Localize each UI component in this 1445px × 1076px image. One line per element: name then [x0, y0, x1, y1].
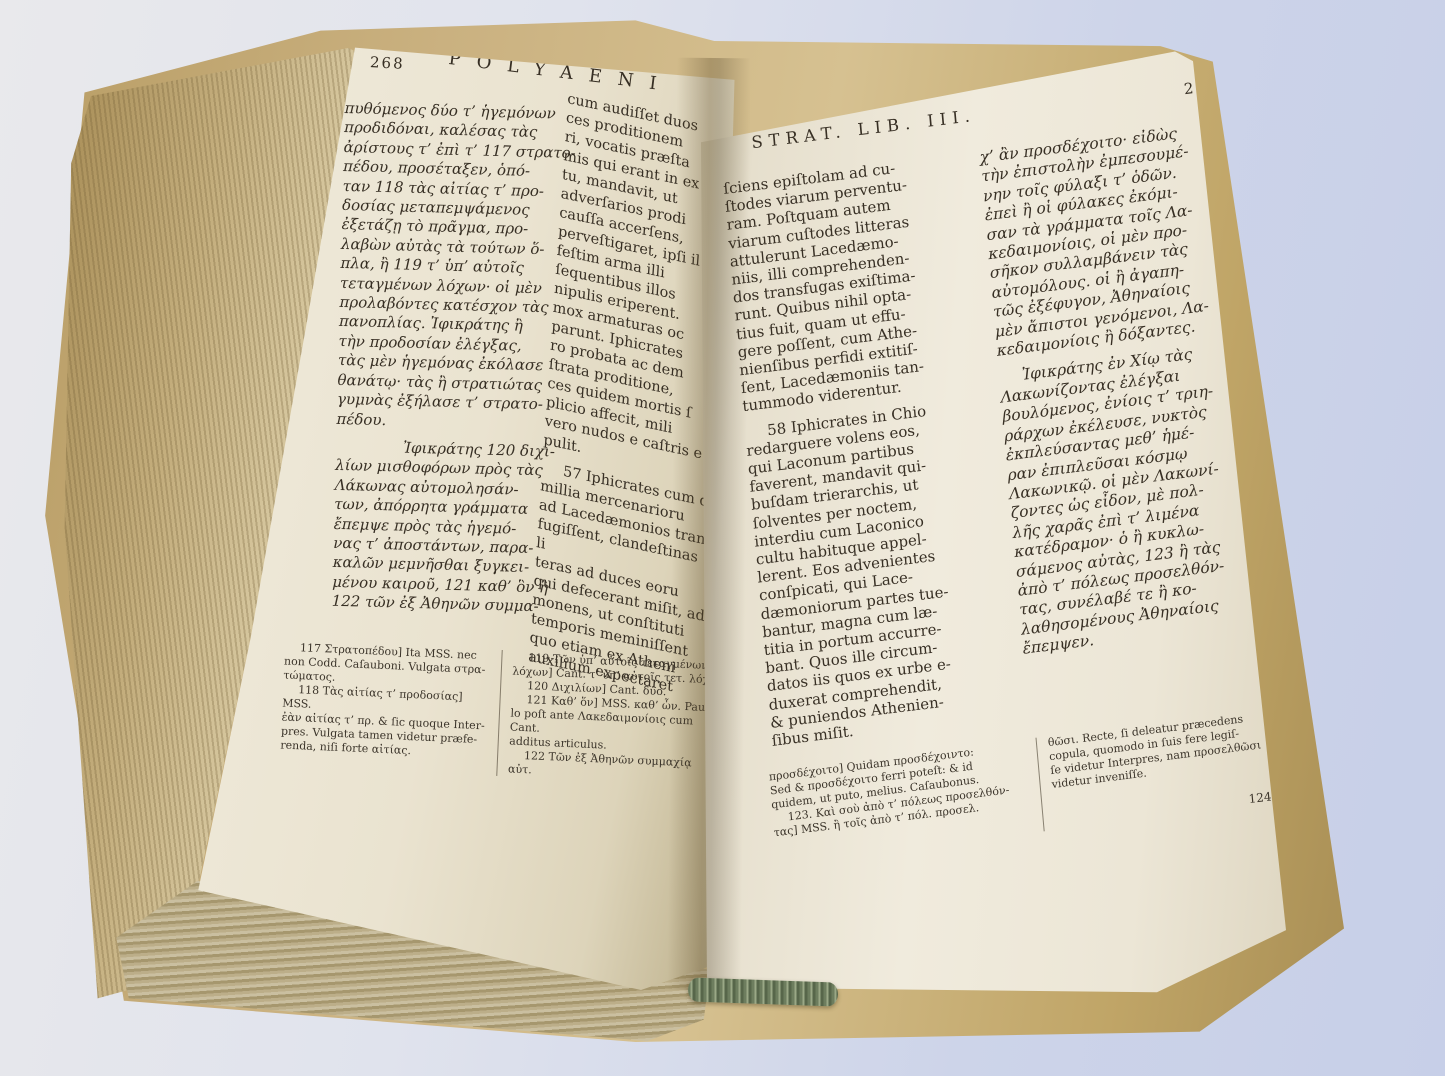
right-latin-column: ſciens epiſtolam ad cu- ſtodes viarum pe… — [723, 152, 1004, 758]
left-footnotes: 117 Στρατοπέδου] Ita MSS. nec non Codd. … — [279, 641, 720, 786]
right-page-columns: ſciens epiſtolam ad cu- ſtodes viarum pe… — [717, 114, 1295, 759]
footnote-column-divider — [1036, 738, 1045, 832]
page-catchword: 124 Πλα- — [1054, 786, 1295, 831]
footnote-column-divider — [496, 650, 502, 776]
footnote-column: προσδέχοιτο] Quidam προσδέχοιντο: Sed & … — [768, 739, 1032, 864]
latin-paragraph-58: 58 Iphicrates in Chio redarguere volens … — [744, 396, 1003, 751]
footnote-118: 118 Τὰς αἰτίας τ’ προδοσίας] MSS. ἐὰν αἰ… — [280, 683, 488, 762]
footnote-column: θῶσι. Recte, ſi deleatur præcedens copul… — [1047, 706, 1295, 830]
greek-paragraph: πυθόμενος δύο τ’ ἡγεμόνων προδιδόναι, κα… — [336, 99, 583, 435]
left-page-number: 268 — [370, 53, 406, 73]
footnote-column: 117 Στρατοπέδου] Ita MSS. nec non Codd. … — [279, 641, 490, 776]
footnote-121: 121 Καθ’ ὅν] MSS. καθ’ ὧν. Paul- lo poſt… — [509, 692, 719, 757]
footnote-column: 119 Τῶν ὑπ’ αὐτοῖς τεταγμένων λόχων] Can… — [508, 651, 721, 786]
latin-paragraph: ſciens epiſtolam ad cu- ſtodes viarum pe… — [723, 152, 974, 416]
book-photo: { "scene": { "backdrop_color": "#cdd4e9"… — [0, 0, 1445, 1076]
right-page: STRAT. LIB. III. 269 ſciens epiſtolam ad… — [695, 42, 1295, 997]
